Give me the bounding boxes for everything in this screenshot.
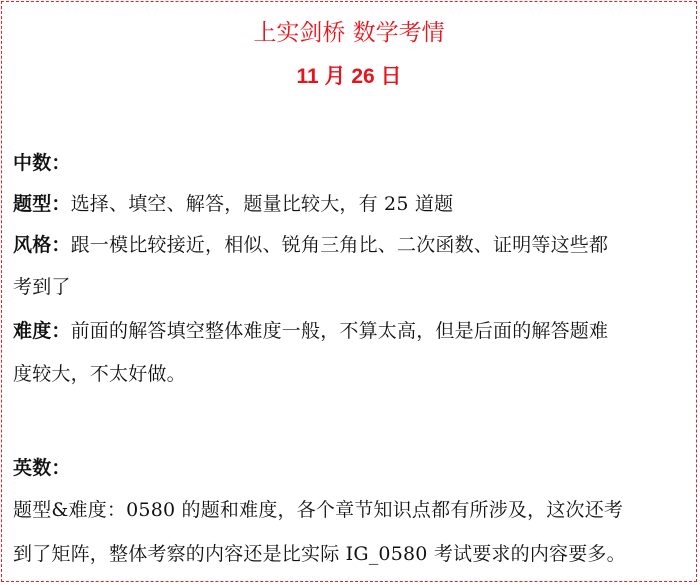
question-types-line: 题型：选择、填空、解答，题量比较大，有 25 道题 xyxy=(13,189,453,216)
style-text: 跟一模比较接近，相似、锐角三角比、二次函数、证明等这些都 xyxy=(71,234,609,256)
section-heading-middle-math: 中数： xyxy=(13,148,71,175)
style-line: 风格：跟一模比较接近，相似、锐角三角比、二次函数、证明等这些都 xyxy=(13,230,608,257)
types-difficulty-line-cont: 到了矩阵，整体考察的内容还是比实际 IG_0580 考试要求的内容要多。 xyxy=(13,539,626,566)
question-types-label: 题型： xyxy=(13,193,71,215)
section-heading-intl-math: 英数： xyxy=(13,453,71,480)
exam-notes-card: 上实剑桥 数学考情 11 月 26 日 中数： 题型：选择、填空、解答，题量比较… xyxy=(1,1,697,582)
style-label: 风格： xyxy=(13,234,71,256)
difficulty-label: 难度： xyxy=(13,320,71,342)
difficulty-text: 前面的解答填空整体难度一般，不算太高，但是后面的解答题难 xyxy=(71,320,609,342)
difficulty-line-cont: 度较大，不太好做。 xyxy=(13,359,186,386)
page-title: 上实剑桥 数学考情 xyxy=(2,14,696,47)
difficulty-line: 难度：前面的解答填空整体难度一般，不算太高，但是后面的解答题难 xyxy=(13,316,608,343)
types-difficulty-line: 题型&难度：0580 的题和难度，各个章节知识点都有所涉及，这次还考 xyxy=(13,495,623,522)
types-difficulty-label: 题型&难度： xyxy=(13,499,126,521)
question-types-text: 选择、填空、解答，题量比较大，有 25 道题 xyxy=(71,193,454,215)
types-difficulty-text: 0580 的题和难度，各个章节知识点都有所涉及，这次还考 xyxy=(126,499,623,521)
style-line-cont: 考到了 xyxy=(13,272,71,299)
exam-date: 11 月 26 日 xyxy=(2,60,696,90)
